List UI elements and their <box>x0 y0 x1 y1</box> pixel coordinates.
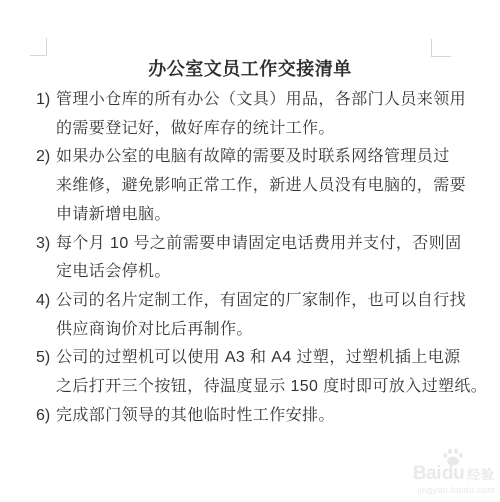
item-line: 申请新增电脑。 <box>56 201 468 230</box>
item-line: 定电话会停机。 <box>56 258 468 287</box>
checklist-item: 5)公司的过塑机可以使用 A3 和 A4 过塑，过塑机插上电源之后打开三个按钮，… <box>36 344 468 401</box>
item-line: 如果办公室的电脑有故障的需要及时联系网络管理员过 <box>56 143 468 172</box>
checklist-item: 2)如果办公室的电脑有故障的需要及时联系网络管理员过来维修，避免影响正常工作，新… <box>36 143 468 229</box>
watermark-url: jingyan.baidu.com <box>391 485 495 495</box>
item-number: 4) <box>36 287 56 316</box>
checklist-item: 6)完成部门领导的其他临时性工作安排。 <box>36 402 468 431</box>
checklist-item: 1)管理小仓库的所有办公（文具）用品，各部门人员来领用的需要登记好，做好库存的统… <box>36 86 468 143</box>
item-text: 管理小仓库的所有办公（文具）用品，各部门人员来领用的需要登记好，做好库存的统计工… <box>56 86 468 143</box>
item-number: 2) <box>36 143 56 172</box>
item-number: 1) <box>36 86 56 115</box>
item-line: 公司的过塑机可以使用 A3 和 A4 过塑，过塑机插上电源 <box>56 344 468 373</box>
item-number: 5) <box>36 344 56 373</box>
item-text: 每个月 10 号之前需要申请固定电话费用并支付，否则固定电话会停机。 <box>56 230 468 287</box>
item-text: 如果办公室的电脑有故障的需要及时联系网络管理员过来维修，避免影响正常工作，新进人… <box>56 143 468 229</box>
watermark: Bai du 经验 jingyan.baidu.com <box>391 448 495 495</box>
item-line: 之后打开三个按钮，待温度显示 150 度时即可放入过塑纸。 <box>56 373 468 402</box>
watermark-brand-suffix: du <box>442 464 464 483</box>
item-line: 供应商询价对比后再制作。 <box>56 316 468 345</box>
item-text: 完成部门领导的其他临时性工作安排。 <box>56 402 468 431</box>
checklist: 1)管理小仓库的所有办公（文具）用品，各部门人员来领用的需要登记好，做好库存的统… <box>36 86 468 430</box>
item-line: 完成部门领导的其他临时性工作安排。 <box>56 402 468 431</box>
baidu-paw-icon <box>441 448 465 466</box>
item-line: 公司的名片定制工作，有固定的厂家制作，也可以自行找 <box>56 287 468 316</box>
item-line: 的需要登记好，做好库存的统计工作。 <box>56 115 468 144</box>
margin-mark-top-left-icon <box>30 38 47 56</box>
item-line: 每个月 10 号之前需要申请固定电话费用并支付，否则固 <box>56 230 468 259</box>
document-page: 办公室文员工作交接清单 1)管理小仓库的所有办公（文具）用品，各部门人员来领用的… <box>0 0 500 502</box>
checklist-item: 4)公司的名片定制工作，有固定的厂家制作，也可以自行找供应商询价对比后再制作。 <box>36 287 468 344</box>
watermark-brand-prefix: Bai <box>413 464 441 483</box>
item-line: 管理小仓库的所有办公（文具）用品，各部门人员来领用 <box>56 86 468 115</box>
item-line: 来维修，避免影响正常工作，新进人员没有电脑的，需要 <box>56 172 468 201</box>
document-title: 办公室文员工作交接清单 <box>0 55 500 81</box>
item-number: 3) <box>36 230 56 259</box>
checklist-item: 3)每个月 10 号之前需要申请固定电话费用并支付，否则固定电话会停机。 <box>36 230 468 287</box>
item-number: 6) <box>36 402 56 431</box>
watermark-label: 经验 <box>467 468 495 483</box>
item-text: 公司的名片定制工作，有固定的厂家制作，也可以自行找供应商询价对比后再制作。 <box>56 287 468 344</box>
watermark-logo: Bai du 经验 <box>391 448 495 483</box>
item-text: 公司的过塑机可以使用 A3 和 A4 过塑，过塑机插上电源之后打开三个按钮，待温… <box>56 344 468 401</box>
